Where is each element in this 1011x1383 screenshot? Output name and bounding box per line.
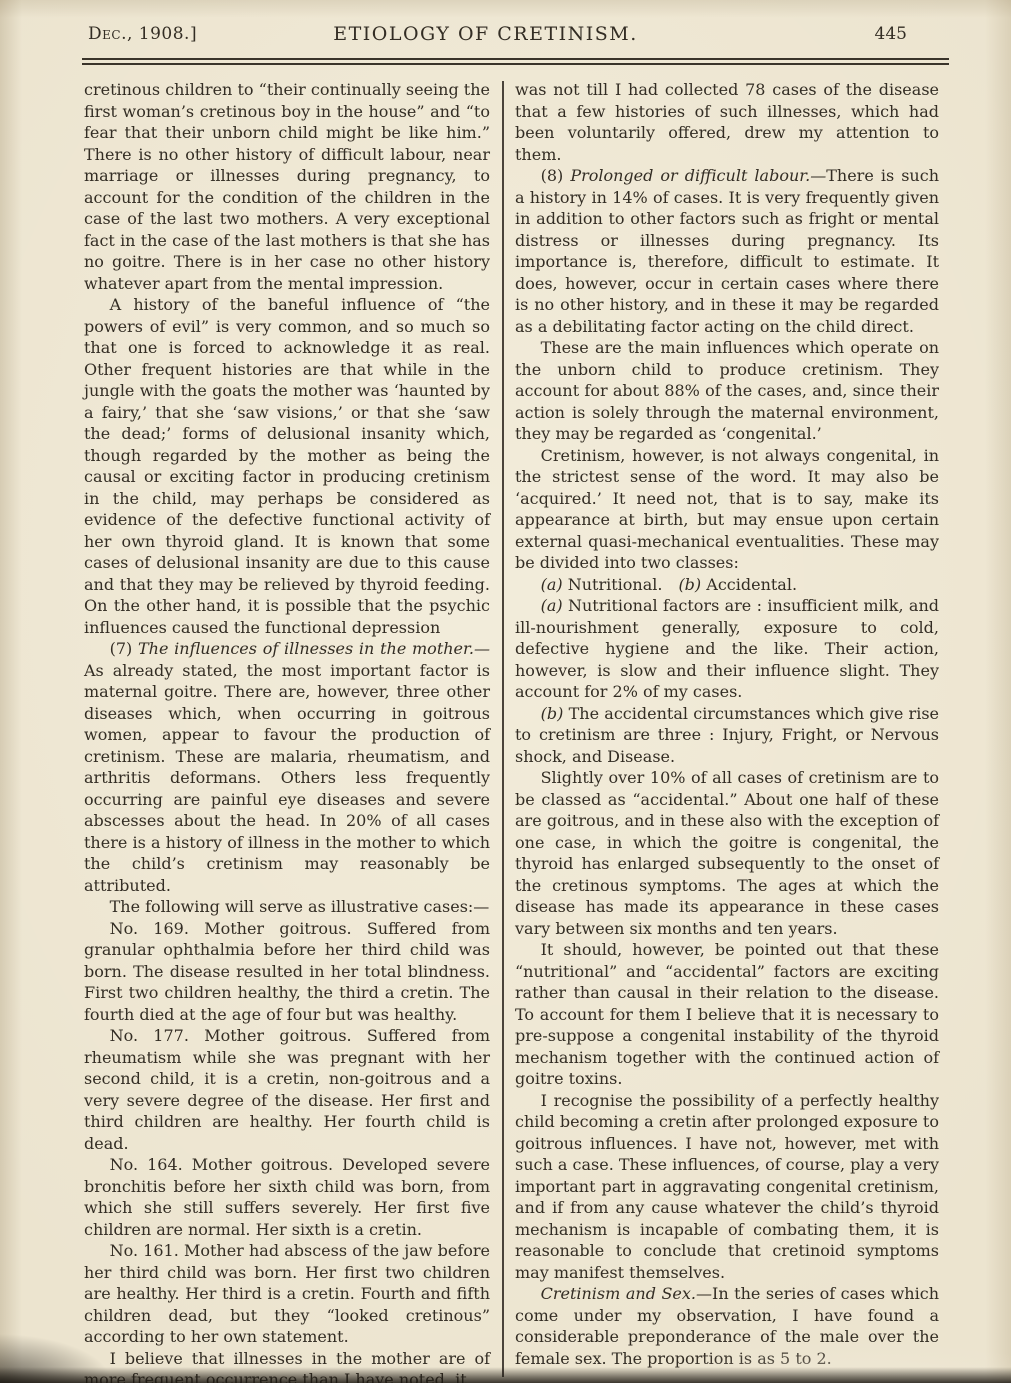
paragraph: Cretinism and Sex.—In the series of case… — [515, 1283, 939, 1369]
paragraph: It should, however, be pointed out that … — [515, 939, 939, 1090]
paragraph-text-segment: cretinous children to “their continually… — [84, 80, 490, 293]
paragraph-italic-segment: The influences of illnesses in the mothe… — [138, 639, 490, 658]
left-column: cretinous children to “their continually… — [84, 79, 490, 1383]
paragraph-text-segment: I believe that illnesses in the mother a… — [84, 1349, 490, 1383]
paragraph: (a) Nutritional. (b) Accidental. — [515, 574, 939, 596]
paragraph-text-segment: Nutritional. — [563, 575, 679, 594]
paragraph: was not till I had collected 78 cases of… — [515, 79, 939, 165]
paragraph: Slightly over 10% of all cases of cretin… — [515, 767, 939, 939]
paragraph-italic-segment: (a) — [541, 575, 563, 594]
paragraph-text-segment: was not till I had collected 78 cases of… — [515, 80, 939, 164]
paragraph-text-segment: (7) — [110, 639, 138, 658]
paragraph-text-segment: (8) — [541, 166, 571, 185]
paragraph-text-segment: It should, however, be pointed out that … — [515, 940, 939, 1088]
page-content: cretinous children to “their continually… — [84, 79, 939, 1383]
paragraph-text-segment: These are the main influences which oper… — [515, 338, 939, 443]
paragraph-text-segment: There is such a history in 14% of cases.… — [515, 166, 939, 336]
paragraph-text-segment: Nutritional factors are : insufficient m… — [515, 596, 939, 701]
paragraph: No. 169. Mother goitrous. Suffered from … — [84, 918, 490, 1026]
paragraph-italic-segment: (b) — [541, 704, 564, 723]
header-rule — [82, 58, 949, 65]
paragraph-italic-segment: Cretinism and Sex.— — [541, 1284, 712, 1303]
paragraph: No. 161. Mother had abscess of the jaw b… — [84, 1240, 490, 1348]
paragraph-text-segment: As already stated, the most important fa… — [84, 661, 490, 895]
paragraph-text-segment: Slightly over 10% of all cases of cretin… — [515, 768, 939, 938]
paragraph: Cretinism, however, is not always congen… — [515, 445, 939, 574]
paragraph-text-segment: A history of the baneful influence of “t… — [84, 295, 490, 637]
journal-page: Dec., 1908.] ETIOLOGY OF CRETINISM. 445 … — [0, 0, 1011, 1383]
paragraph: (a) Nutritional factors are : insufficie… — [515, 595, 939, 703]
header-title: ETIOLOGY OF CRETINISM. — [0, 23, 971, 45]
paragraph: I recognise the possibility of a perfect… — [515, 1090, 939, 1284]
paragraph: These are the main influences which oper… — [515, 337, 939, 445]
paragraph: (b) The accidental circumstances which g… — [515, 703, 939, 768]
column-divider — [502, 81, 504, 1377]
paragraph-italic-segment: Prolonged or difficult labour.— — [570, 166, 826, 185]
paragraph-text-segment: Cretinism, however, is not always congen… — [515, 446, 939, 573]
paragraph: The following will serve as illustrative… — [84, 896, 490, 918]
paragraph: (8) Prolonged or difficult labour.—There… — [515, 165, 939, 337]
paragraph: A history of the baneful influence of “t… — [84, 294, 490, 638]
paragraph-text-segment: No. 177. Mother goitrous. Suffered from … — [84, 1026, 490, 1153]
paragraph-text-segment: I recognise the possibility of a perfect… — [515, 1091, 939, 1282]
paragraph: I believe that illnesses in the mother a… — [84, 1348, 490, 1383]
paragraph-text-segment: Accidental. — [701, 575, 797, 594]
header-page-number: 445 — [875, 24, 907, 44]
paragraph-italic-segment: (a) — [541, 596, 563, 615]
paragraph-text-segment: No. 164. Mother goitrous. Developed seve… — [84, 1155, 490, 1239]
right-column: was not till I had collected 78 cases of… — [515, 79, 939, 1383]
paragraph-text-segment: No. 169. Mother goitrous. Suffered from … — [84, 919, 490, 1024]
paragraph: No. 177. Mother goitrous. Suffered from … — [84, 1025, 490, 1154]
paragraph-text-segment: The following will serve as illustrative… — [110, 897, 490, 916]
paragraph-italic-segment: (b) — [678, 575, 701, 594]
paragraph-text-segment: The accidental circumstances which give … — [515, 704, 939, 766]
paragraph-text-segment: No. 161. Mother had abscess of the jaw b… — [84, 1241, 490, 1346]
paragraph: cretinous children to “their continually… — [84, 79, 490, 294]
paragraph: (7) The influences of illnesses in the m… — [84, 638, 490, 896]
paragraph: No. 164. Mother goitrous. Developed seve… — [84, 1154, 490, 1240]
page-header: Dec., 1908.] ETIOLOGY OF CRETINISM. 445 — [0, 0, 1011, 52]
